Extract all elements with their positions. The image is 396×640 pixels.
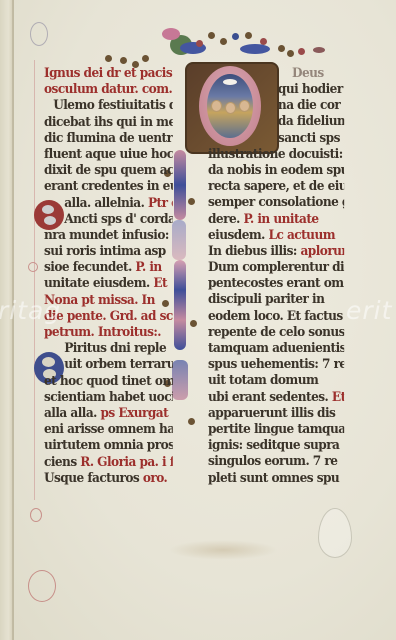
vine-segment: [174, 150, 186, 220]
gold-dot-icon: [232, 33, 239, 40]
gold-dot-icon: [208, 32, 215, 39]
text-line: dic flumina de uentre ei: [44, 131, 173, 147]
text-line: In diebus illis: aplorum: [208, 244, 344, 260]
gold-dot-icon: [188, 418, 195, 425]
text-line: nra mundet infusio: 7: [44, 228, 173, 244]
text-line: ciens R. Gloria pa. i fi: [44, 455, 173, 471]
text-line: pleti sunt omnes spu: [208, 471, 344, 487]
text-line: uit orbem terrarum alla: [44, 357, 173, 373]
red-berry-icon: [298, 48, 305, 55]
text-line: Nona pt missa. In: [44, 293, 173, 309]
text-line: fluent aque uiue hoc aut: [44, 147, 173, 163]
gold-dot-icon: [120, 57, 127, 64]
text-line: sioe fecundet. P. in: [44, 260, 173, 276]
pen-flourish-mid: [28, 262, 38, 272]
text-line: eni arisse omnem habes: [44, 422, 173, 438]
gold-dot-icon: [142, 55, 149, 62]
text-line: Piritus dni reple: [44, 341, 173, 357]
right-column-heading: Deus: [292, 66, 324, 82]
text-line: Dum complerentur dies: [208, 260, 344, 276]
text-line: petrum. Introitus:.: [44, 325, 173, 341]
text-line: sancti sps: [208, 131, 344, 147]
text-line: alla. allelnia. Ptr oi: [44, 196, 173, 212]
gold-dot-icon: [190, 320, 197, 327]
text-line: Ignus dei dr et pacis: [44, 66, 173, 82]
text-line: apparuerunt illis dis: [208, 406, 344, 422]
text-line: da fidelium: [208, 114, 344, 130]
pen-flourish-top: [30, 22, 48, 46]
text-line: sui roris intima asp: [44, 244, 173, 260]
gold-dot-icon: [278, 45, 285, 52]
acanthus-leaf-icon: [240, 44, 270, 54]
text-line: osculum datur. com.: [44, 82, 173, 98]
offset-ink-smudge: [168, 540, 278, 560]
text-line: die pente. Grd. ad sci: [44, 309, 173, 325]
text-line: dicebat ihs qui in me cre: [44, 115, 173, 131]
acanthus-leaf-icon: [313, 47, 325, 53]
text-line: recta sapere, et de eius: [208, 179, 344, 195]
gold-dot-icon: [105, 55, 112, 62]
gold-dot-icon: [245, 32, 252, 39]
text-line: tamquam aduenientis: [208, 341, 344, 357]
text-line: uit totam domum: [208, 373, 344, 389]
watermark-right: erit: [346, 296, 392, 325]
text-line: repente de celo sonus:: [208, 325, 344, 341]
text-line: Ancti sps d' corda: [44, 212, 173, 228]
vine-segment: [174, 260, 186, 350]
text-line: qui hodier: [208, 82, 344, 98]
text-line: dixit de spu quem accepturi: [44, 163, 173, 179]
text-line: spus uehementis: 7 reple: [208, 357, 344, 373]
text-line: discipuli pariter in: [208, 292, 344, 308]
text-line: na die cor: [208, 98, 344, 114]
text-line: dere. P. in unitate: [208, 212, 344, 228]
text-line: eiusdem. Lc actuum: [208, 228, 344, 244]
text-line: da nobis in eodem spu: [208, 163, 344, 179]
text-line: Ulemo festiuitatis die: [44, 98, 173, 114]
text-line: uirtutem omnia prospi: [44, 438, 173, 454]
text-line: eodem loco. Et factus e: [208, 309, 344, 325]
text-line: unitate eiusdem. Et: [44, 276, 173, 292]
text-line: Usque facturos oro.: [44, 471, 173, 487]
left-text-column: Ignus dei dr et pacis osculum datur. com…: [44, 66, 173, 487]
pen-flourish-bottom-2: [28, 570, 56, 602]
vine-segment: [172, 220, 186, 260]
acanthus-leaf-icon: [162, 28, 180, 40]
parchment-stain: [318, 508, 352, 558]
text-line: et hoc quod tinet omnia: [44, 374, 173, 390]
text-line: erant credentes in eum: [44, 179, 173, 195]
red-berry-icon: [196, 40, 203, 47]
text-line: illustratione docuisti:: [208, 147, 344, 163]
gold-dot-icon: [220, 38, 227, 45]
vine-segment: [172, 360, 188, 400]
margin-pen-line: [34, 60, 35, 500]
text-line: ignis: seditque supra: [208, 438, 344, 454]
watermark-left: ritag: [0, 296, 61, 325]
gold-dot-icon: [287, 50, 294, 57]
text-line: alla alla. ps Exurgat: [44, 406, 173, 422]
text-line: pertite lingue tamquam: [208, 422, 344, 438]
text-line: semper consolatione gau: [208, 195, 344, 211]
text-line: pentecostes erant om: [208, 276, 344, 292]
pen-flourish-bottom-1: [30, 508, 42, 522]
gold-dot-icon: [188, 198, 195, 205]
text-line: singulos eorum. 7 re: [208, 454, 344, 470]
manuscript-page: Ignus dei dr et pacis osculum datur. com…: [0, 0, 396, 640]
text-line: scientiam habet uocis alla: [44, 390, 173, 406]
right-text-column: qui hodier na die cor da fidelium sancti…: [208, 82, 344, 487]
text-line: ubi erant sedentes. Et: [208, 390, 344, 406]
